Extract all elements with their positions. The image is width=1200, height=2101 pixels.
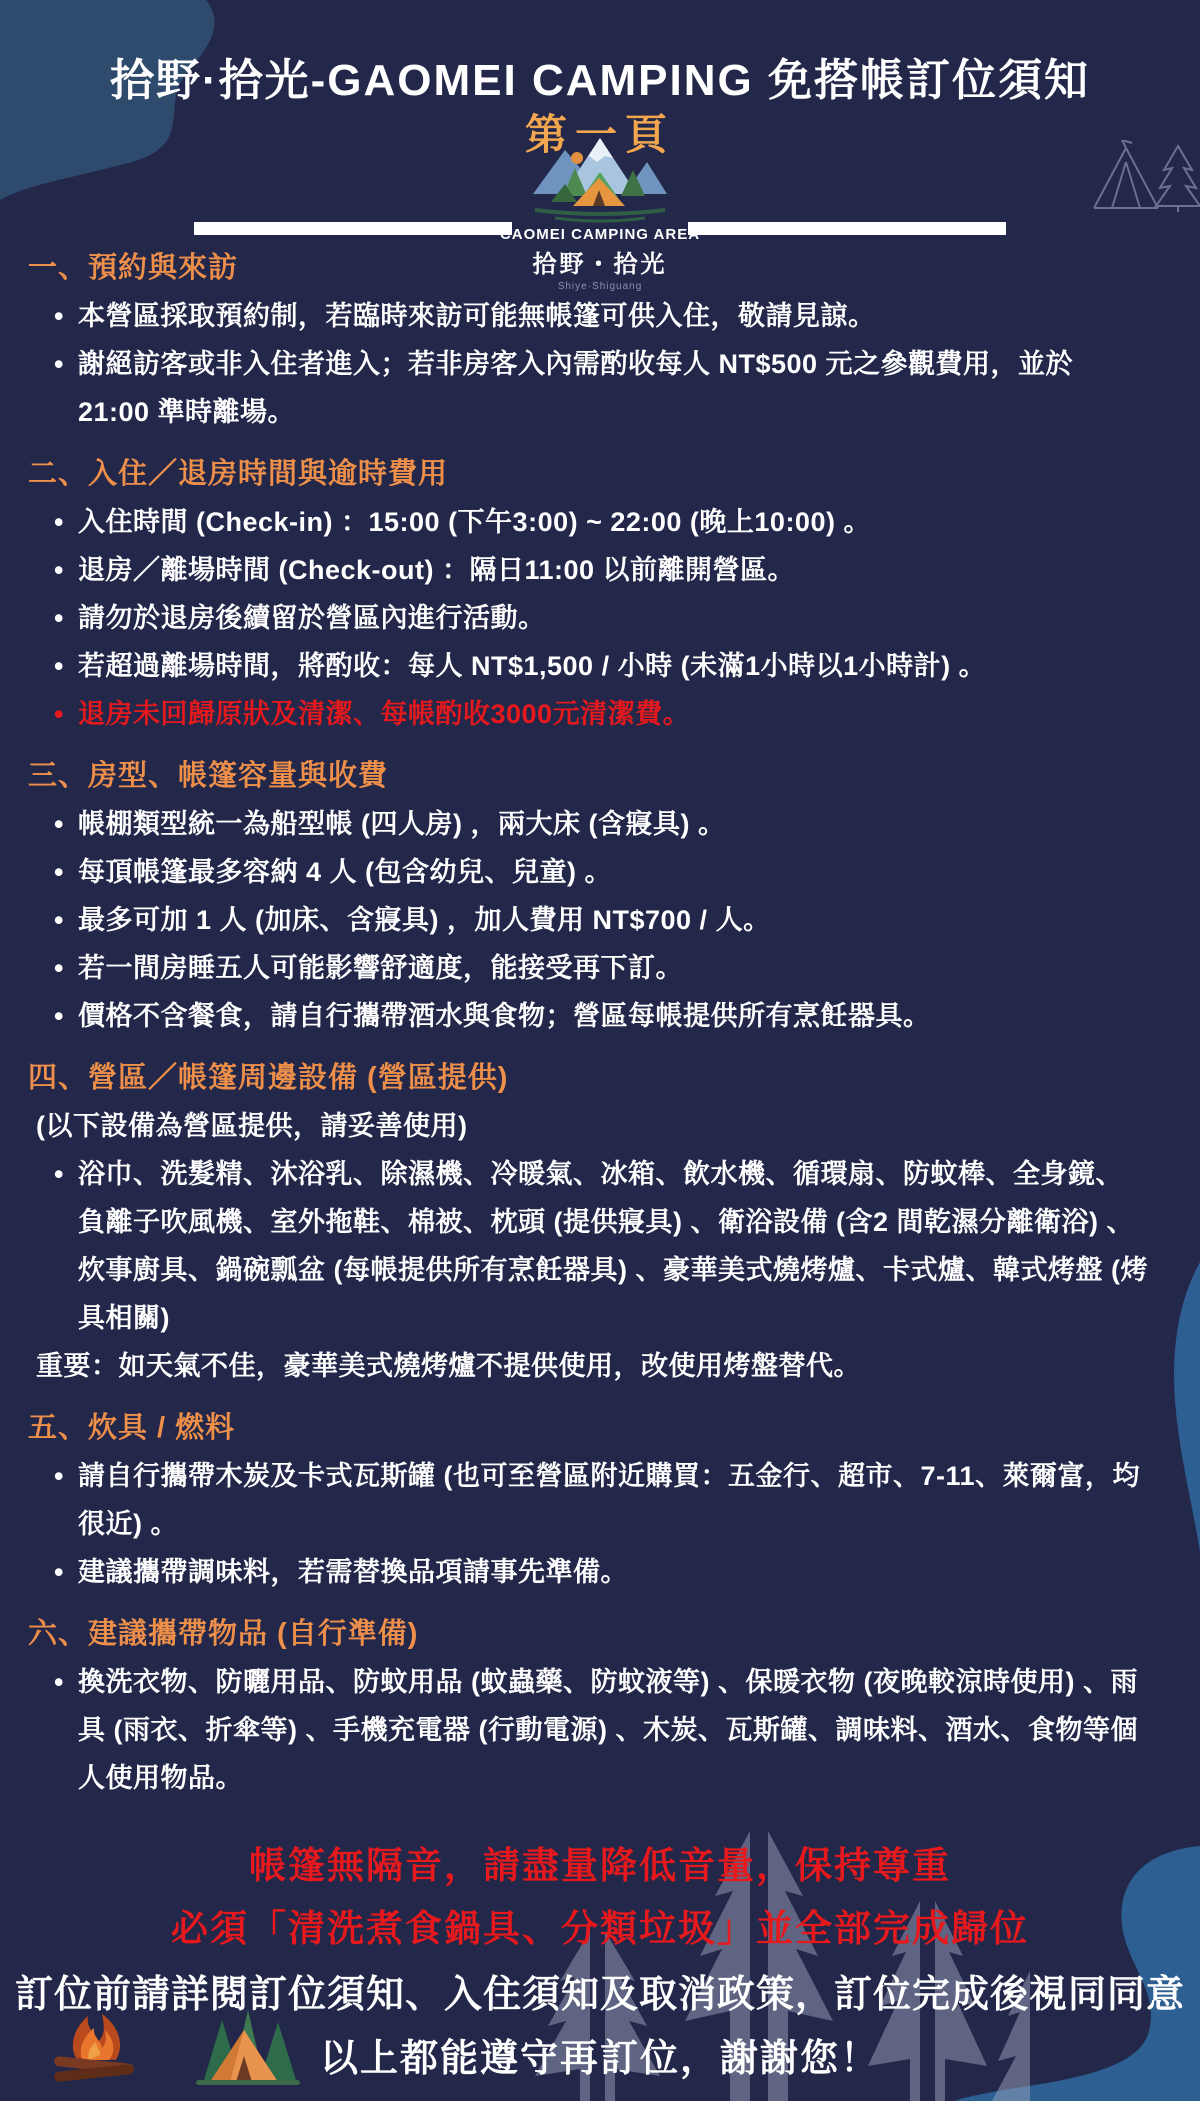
tent-camp-icon <box>182 1992 308 2092</box>
divider-bar-left <box>194 222 512 235</box>
notice-item: 入住時間 (Check-in) ：15:00 (下午3:00) ~ 22:00 … <box>28 498 1150 546</box>
section-heading: 五、炊具 / 燃料 <box>28 1404 1150 1452</box>
section-heading: 四、營區／帳篷周邊設備 (營區提供) <box>28 1054 1150 1102</box>
notice-item: 帳棚類型統一為船型帳 (四人房) ，兩大床 (含寢具) 。 <box>28 800 1150 848</box>
section-heading: 一、預約與來訪 <box>28 244 1150 292</box>
notice-item-alert: 退房未回歸原狀及清潔、每帳酌收3000元清潔費。 <box>28 690 1150 738</box>
section-heading: 二、入住／退房時間與逾時費用 <box>28 450 1150 498</box>
campfire-icon <box>46 2002 142 2088</box>
notice-item: 若超過離場時間，將酌收：每人 NT$1,500 / 小時 (未滿1小時以1小時計… <box>28 642 1150 690</box>
section-suggested-items: 六、建議攜帶物品 (自行準備) 換洗衣物、防曬用品、防蚊用品 (蚊蟲藥、防蚊液等… <box>28 1610 1150 1802</box>
notice-body: 一、預約與來訪 本營區採取預約制，若臨時來訪可能無帳篷可供入住，敬請見諒。 謝絕… <box>28 244 1150 1802</box>
notice-item: 退房／離場時間 (Check-out) ：隔日11:00 以前離開營區。 <box>28 546 1150 594</box>
notice-item: 每頂帳篷最多容納 4 人 (包含幼兒、兒童) 。 <box>28 848 1150 896</box>
notice-item: 若一間房睡五人可能影響舒適度，能接受再下訂。 <box>28 944 1150 992</box>
notice-item: 謝絕訪客或非入住者進入；若非房客入內需酌收每人 NT$500 元之參觀費用，並於… <box>28 340 1150 436</box>
section-heading: 三、房型、帳篷容量與收費 <box>28 752 1150 800</box>
camp-logo-mountain-icon <box>525 132 675 224</box>
footer-agreement-line1: 訂位前請詳閱訂位須知、入住須知及取消政策，訂位完成後視同同意 <box>0 1963 1200 2018</box>
footer-agreement-line2: 以上都能遵守再訂位，謝謝您！ <box>0 2027 1200 2082</box>
notice-item: 本營區採取預約制，若臨時來訪可能無帳篷可供入住，敬請見諒。 <box>28 292 1150 340</box>
notice-note: 重要：如天氣不佳，豪華美式燒烤爐不提供使用，改使用烤盤替代。 <box>28 1342 1150 1390</box>
divider-bar-right <box>688 222 1006 235</box>
notice-item: 換洗衣物、防曬用品、防蚊用品 (蚊蟲藥、防蚊液等) 、保暖衣物 (夜晚較涼時使用… <box>28 1658 1150 1802</box>
camping-notice-poster: 拾野·拾光-GAOMEI CAMPING 免搭帳訂位須知 第一頁 CAOMEI … <box>0 0 1200 2101</box>
notice-item: 請自行攜帶木炭及卡式瓦斯罐 (也可至營區附近購買：五金行、超市、7-11、萊爾富… <box>28 1452 1150 1548</box>
section-cookware-fuel: 五、炊具 / 燃料 請自行攜帶木炭及卡式瓦斯罐 (也可至營區附近購買：五金行、超… <box>28 1404 1150 1596</box>
section-heading: 六、建議攜帶物品 (自行準備) <box>28 1610 1150 1658</box>
notice-item: 請勿於退房後續留於營區內進行活動。 <box>28 594 1150 642</box>
section-reservation: 一、預約與來訪 本營區採取預約制，若臨時來訪可能無帳篷可供入住，敬請見諒。 謝絕… <box>28 244 1150 436</box>
section-room-capacity: 三、房型、帳篷容量與收費 帳棚類型統一為船型帳 (四人房) ，兩大床 (含寢具)… <box>28 752 1150 1040</box>
right-edge-bump-decoration <box>1166 1262 1200 1552</box>
notice-item: 最多可加 1 人 (加床、含寢具) ，加人費用 NT$700 / 人。 <box>28 896 1150 944</box>
notice-item: 價格不含餐食，請自行攜帶酒水與食物；營區每帳提供所有烹飪器具。 <box>28 992 1150 1040</box>
camp-logo-name: CAOMEI CAMPING AREA <box>480 226 720 243</box>
section-checkin-checkout: 二、入住／退房時間與逾時費用 入住時間 (Check-in) ：15:00 (下… <box>28 450 1150 738</box>
footer-quiet-notice: 帳篷無隔音，請盡量降低音量，保持尊重 <box>0 1835 1200 1889</box>
section-facilities: 四、營區／帳篷周邊設備 (營區提供) (以下設備為營區提供，請妥善使用) 浴巾、… <box>28 1054 1150 1390</box>
footer-cleanup-notice: 必須「清洗煮食鍋具、分類垃圾」並全部完成歸位 <box>0 1898 1200 1952</box>
notice-note: (以下設備為營區提供，請妥善使用) <box>28 1102 1150 1150</box>
page-title: 拾野·拾光-GAOMEI CAMPING 免搭帳訂位須知 <box>0 44 1200 108</box>
notice-item: 浴巾、洗髮精、沐浴乳、除濕機、冷暖氣、冰箱、飲水機、循環扇、防蚊棒、全身鏡、負離… <box>28 1150 1150 1342</box>
notice-item: 建議攜帶調味料，若需替換品項請事先準備。 <box>28 1548 1150 1596</box>
